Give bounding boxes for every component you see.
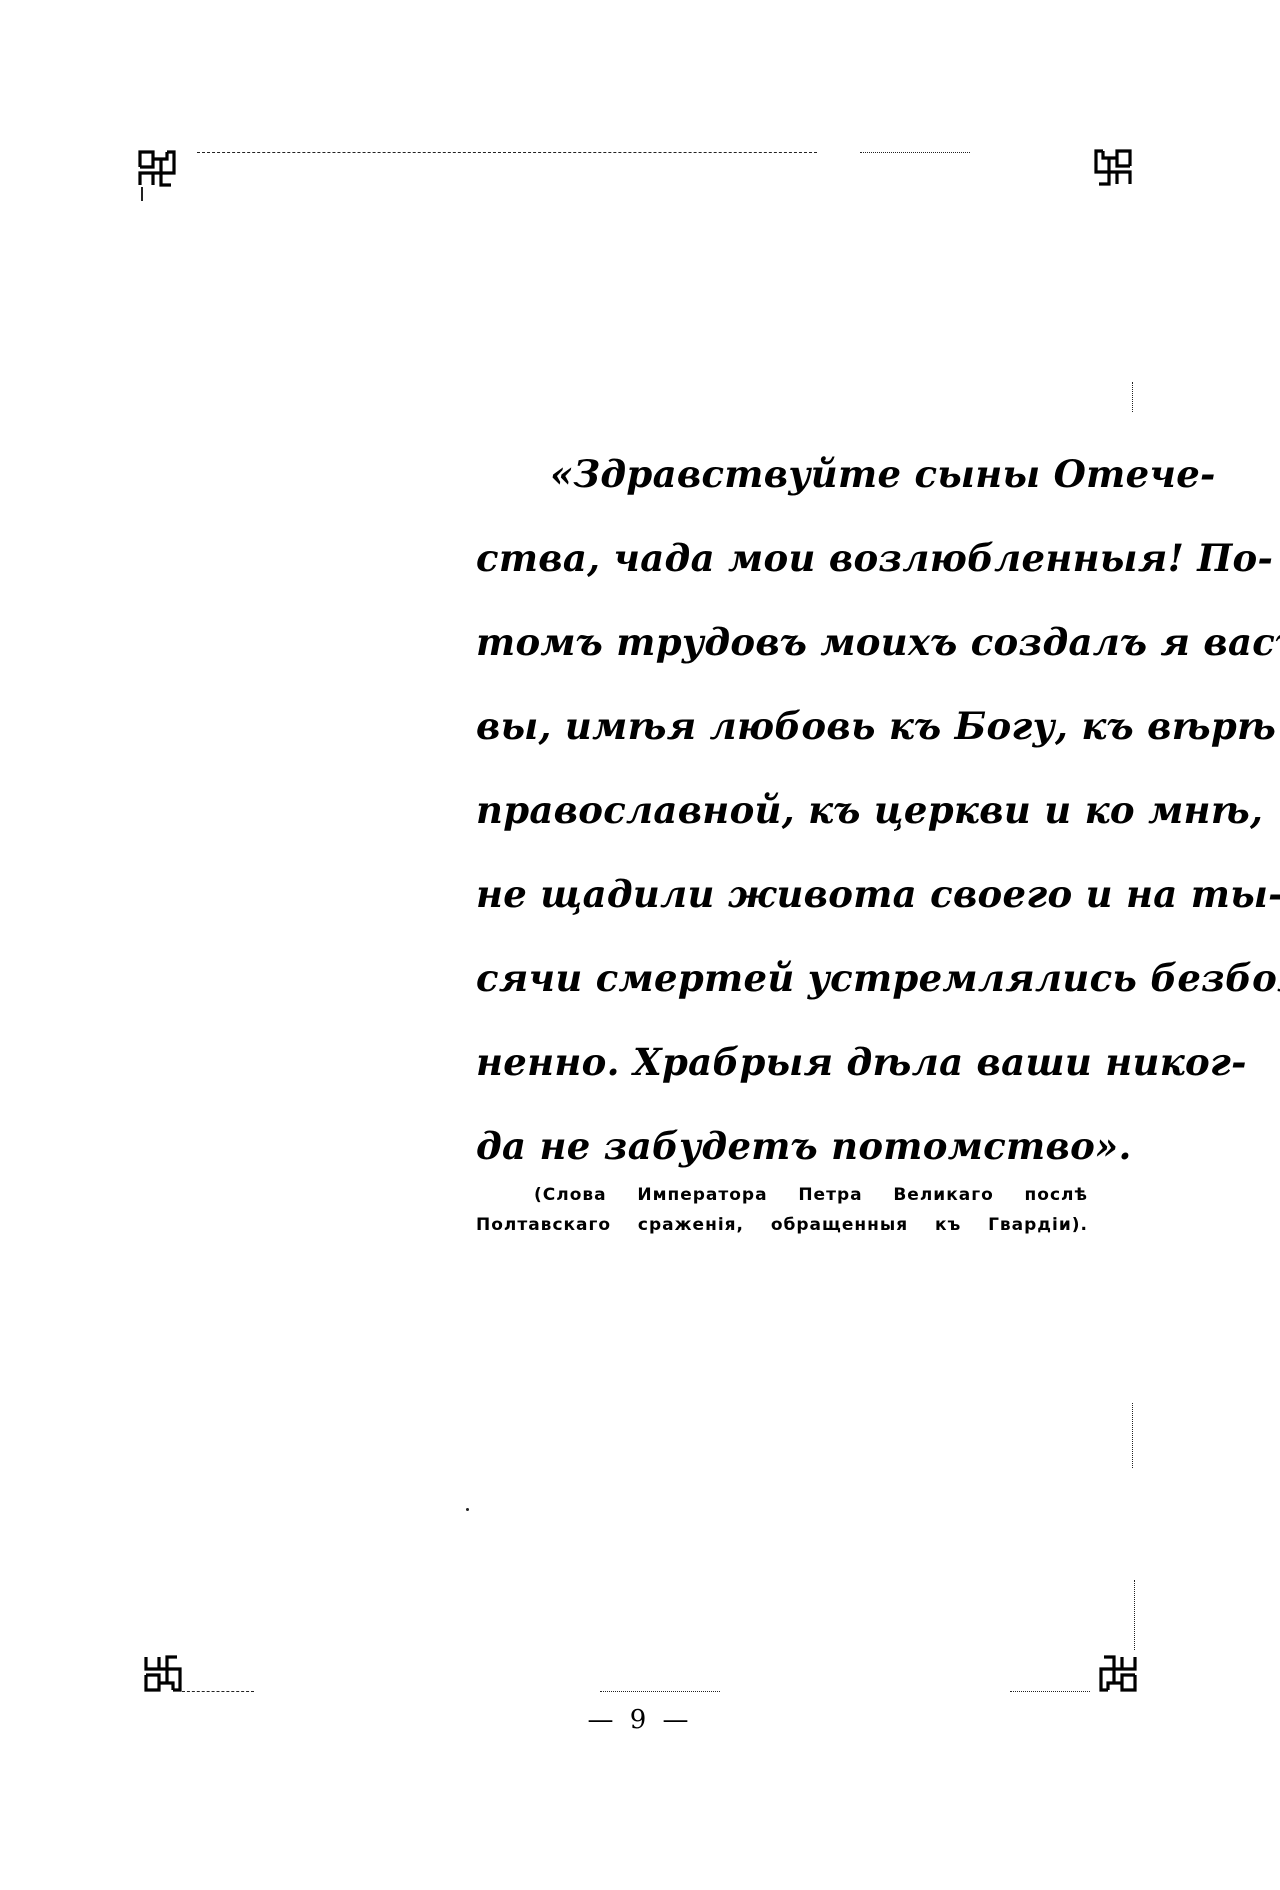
bottom-border-rule-center — [600, 1691, 720, 1692]
quotation-block: «Здравствуйте сыны Отече- ства, чада мои… — [476, 432, 1088, 1188]
quote-line: ства, чада мои возлюбленныя! По- — [476, 516, 1088, 600]
bottom-border-rule-right — [1010, 1691, 1090, 1692]
quote-line: томъ трудовъ моихъ создалъ я васъ; — [476, 600, 1088, 684]
corner-ornament-bottom-left-icon — [143, 1655, 183, 1693]
right-border-tick — [1132, 382, 1135, 412]
quote-line: вы, имѣя любовь къ Богу, къ вѣрѣ — [476, 684, 1088, 768]
right-border-tick-bottom — [1134, 1580, 1137, 1650]
corner-ornament-top-right-icon — [1093, 148, 1133, 186]
quote-line: сячи смертей устремлялись безбояз- — [476, 936, 1088, 1020]
quote-line: ненно. Храбрыя дѣла ваши никог- — [476, 1020, 1088, 1104]
corner-ornament-bottom-right-icon — [1098, 1655, 1138, 1693]
top-border-rule-faint — [860, 152, 970, 153]
right-border-tick-lower — [1132, 1403, 1135, 1468]
page-number: — 9 — — [560, 1705, 720, 1735]
caption-line: (Слова Императора Петра Великаго послѣ — [476, 1180, 1088, 1210]
quote-line: да не забудетъ потомство». — [476, 1104, 1088, 1188]
ink-speck — [466, 1508, 469, 1511]
quote-line: православной, къ церкви и ко мнѣ, — [476, 768, 1088, 852]
corner-ornament-top-left-icon — [137, 149, 177, 187]
top-border-rule — [197, 152, 817, 153]
attribution-caption: (Слова Императора Петра Великаго послѣ П… — [476, 1180, 1088, 1240]
quote-line: не щадили живота своего и на ты- — [476, 852, 1088, 936]
caption-line: Полтавскаго сраженія, обращенныя къ Гвар… — [476, 1210, 1088, 1240]
bottom-border-rule-left — [182, 1691, 254, 1692]
quote-line: «Здравствуйте сыны Отече- — [476, 432, 1088, 516]
left-border-tick — [141, 187, 143, 201]
